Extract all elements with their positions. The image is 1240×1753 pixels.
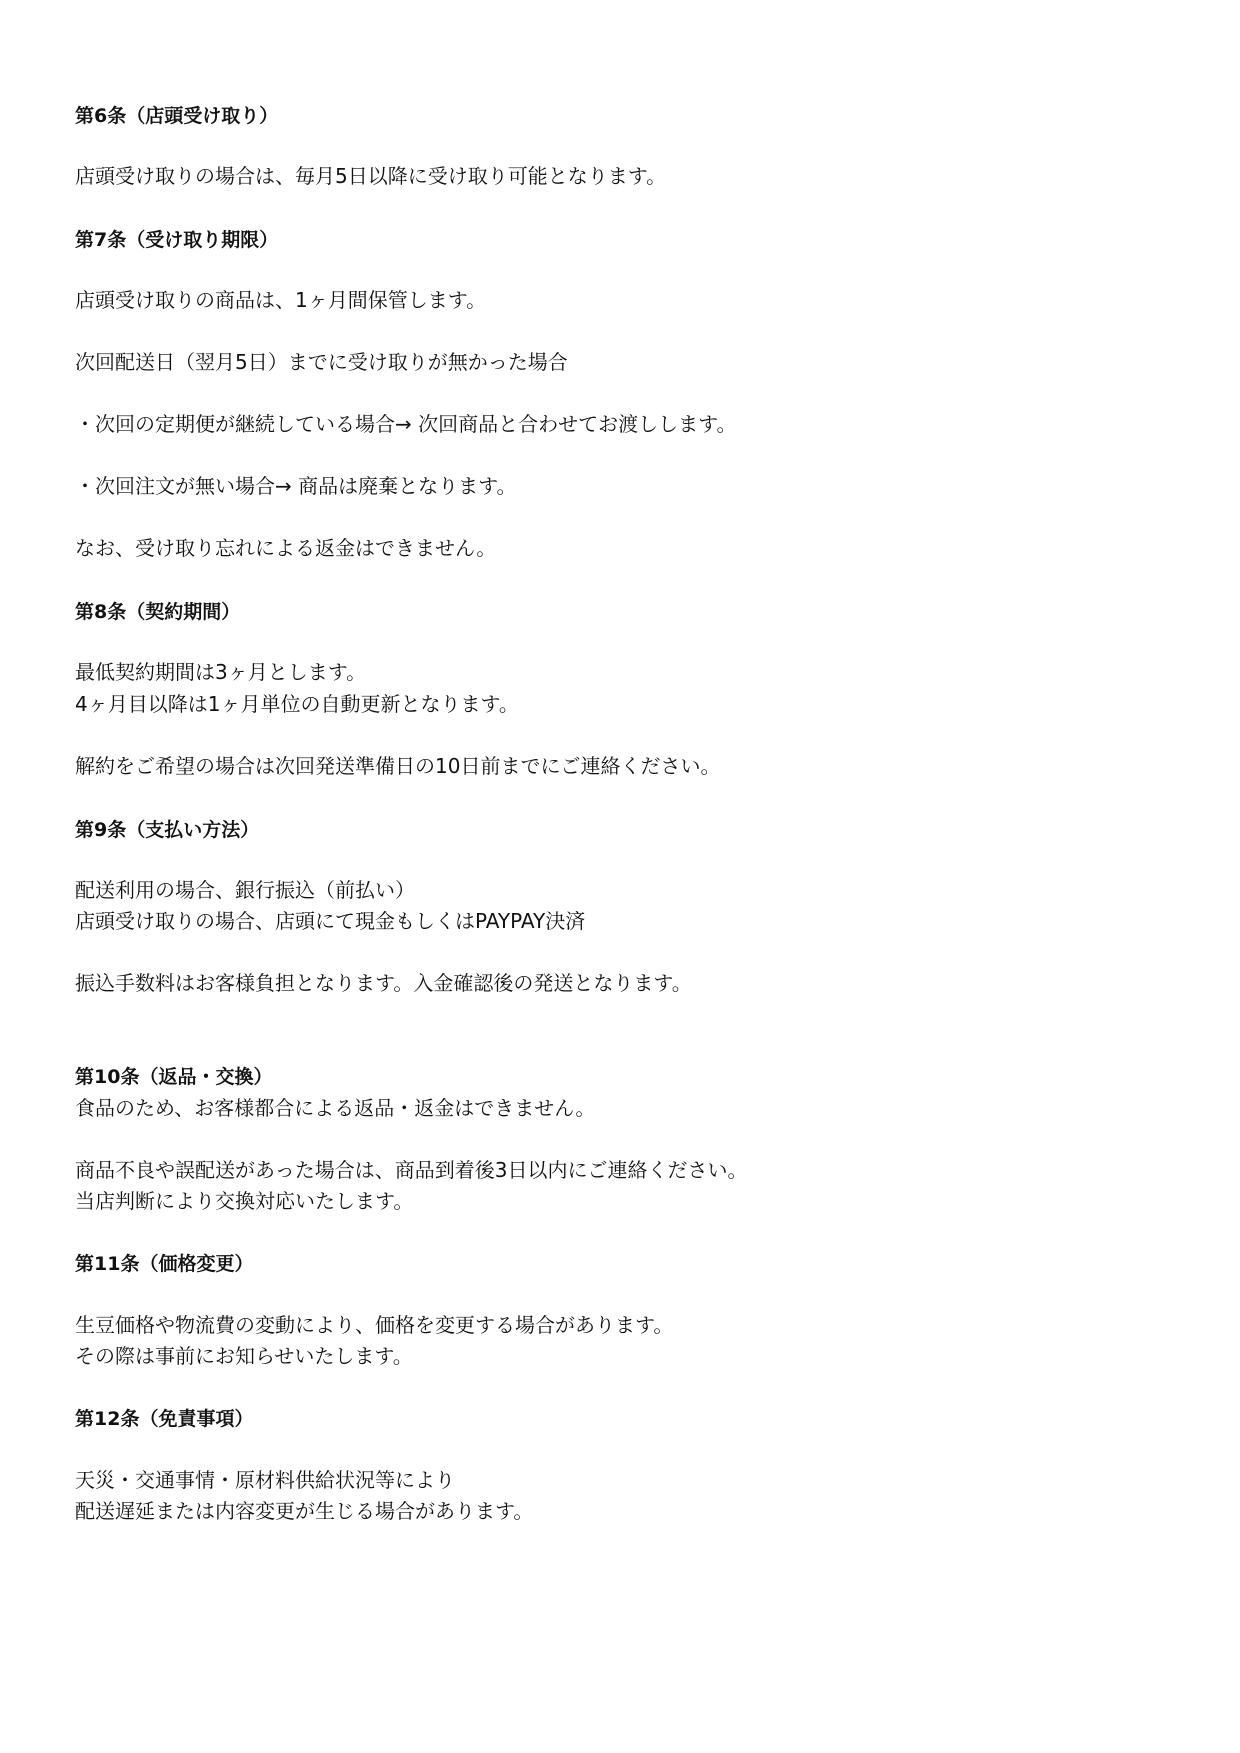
- article-8-heading: 第8条（契約期間）: [75, 598, 240, 626]
- article-12-text: 配送遅延または内容変更が生じる場合があります。: [75, 1497, 533, 1525]
- article-9-text: 振込手数料はお客様負担となります。入金確認後の発送となります。: [75, 969, 692, 997]
- article-11-heading: 第11条（価格変更）: [75, 1250, 253, 1278]
- article-9-text: 配送利用の場合、銀行振込（前払い）: [75, 876, 415, 904]
- article-6-text: 店頭受け取りの場合は、毎月5日以降に受け取り可能となります。: [75, 162, 666, 190]
- article-10-text: 食品のため、お客様都合による返品・返金はできません。: [75, 1094, 595, 1122]
- article-7-bullet: ・次回の定期便が継続している場合→ 次回商品と合わせてお渡しします。: [75, 410, 737, 438]
- article-11-text: その際は事前にお知らせいたします。: [75, 1342, 413, 1370]
- article-9-heading: 第9条（支払い方法）: [75, 816, 259, 844]
- article-8-text: 最低契約期間は3ヶ月とします。: [75, 658, 366, 686]
- article-11-text: 生豆価格や物流費の変動により、価格を変更する場合があります。: [75, 1311, 673, 1339]
- article-9-text: 店頭受け取りの場合、店頭にて現金もしくはPAYPAY決済: [75, 907, 585, 935]
- article-10-text: 当店判断により交換対応いたします。: [75, 1187, 413, 1215]
- article-10-text: 商品不良や誤配送があった場合は、商品到着後3日以内にご連絡ください。: [75, 1156, 748, 1184]
- article-7-bullet: ・次回注文が無い場合→ 商品は廃棄となります。: [75, 472, 517, 500]
- article-7-text: 次回配送日（翌月5日）までに受け取りが無かった場合: [75, 348, 568, 376]
- article-7-text: なお、受け取り忘れによる返金はできません。: [75, 534, 496, 562]
- article-12-heading: 第12条（免責事項）: [75, 1405, 253, 1433]
- article-6-heading: 第6条（店頭受け取り）: [75, 102, 278, 130]
- article-10-heading: 第10条（返品・交換）: [75, 1063, 272, 1091]
- article-8-text: 解約をご希望の場合は次回発送準備日の10日前までにご連絡ください。: [75, 752, 720, 780]
- article-12-text: 天災・交通事情・原材料供給状況等により: [75, 1466, 455, 1494]
- article-7-text: 店頭受け取りの商品は、1ヶ月間保管します。: [75, 286, 486, 314]
- article-8-text: 4ヶ月目以降は1ヶ月単位の自動更新となります。: [75, 690, 519, 718]
- article-7-heading: 第7条（受け取り期限）: [75, 226, 278, 254]
